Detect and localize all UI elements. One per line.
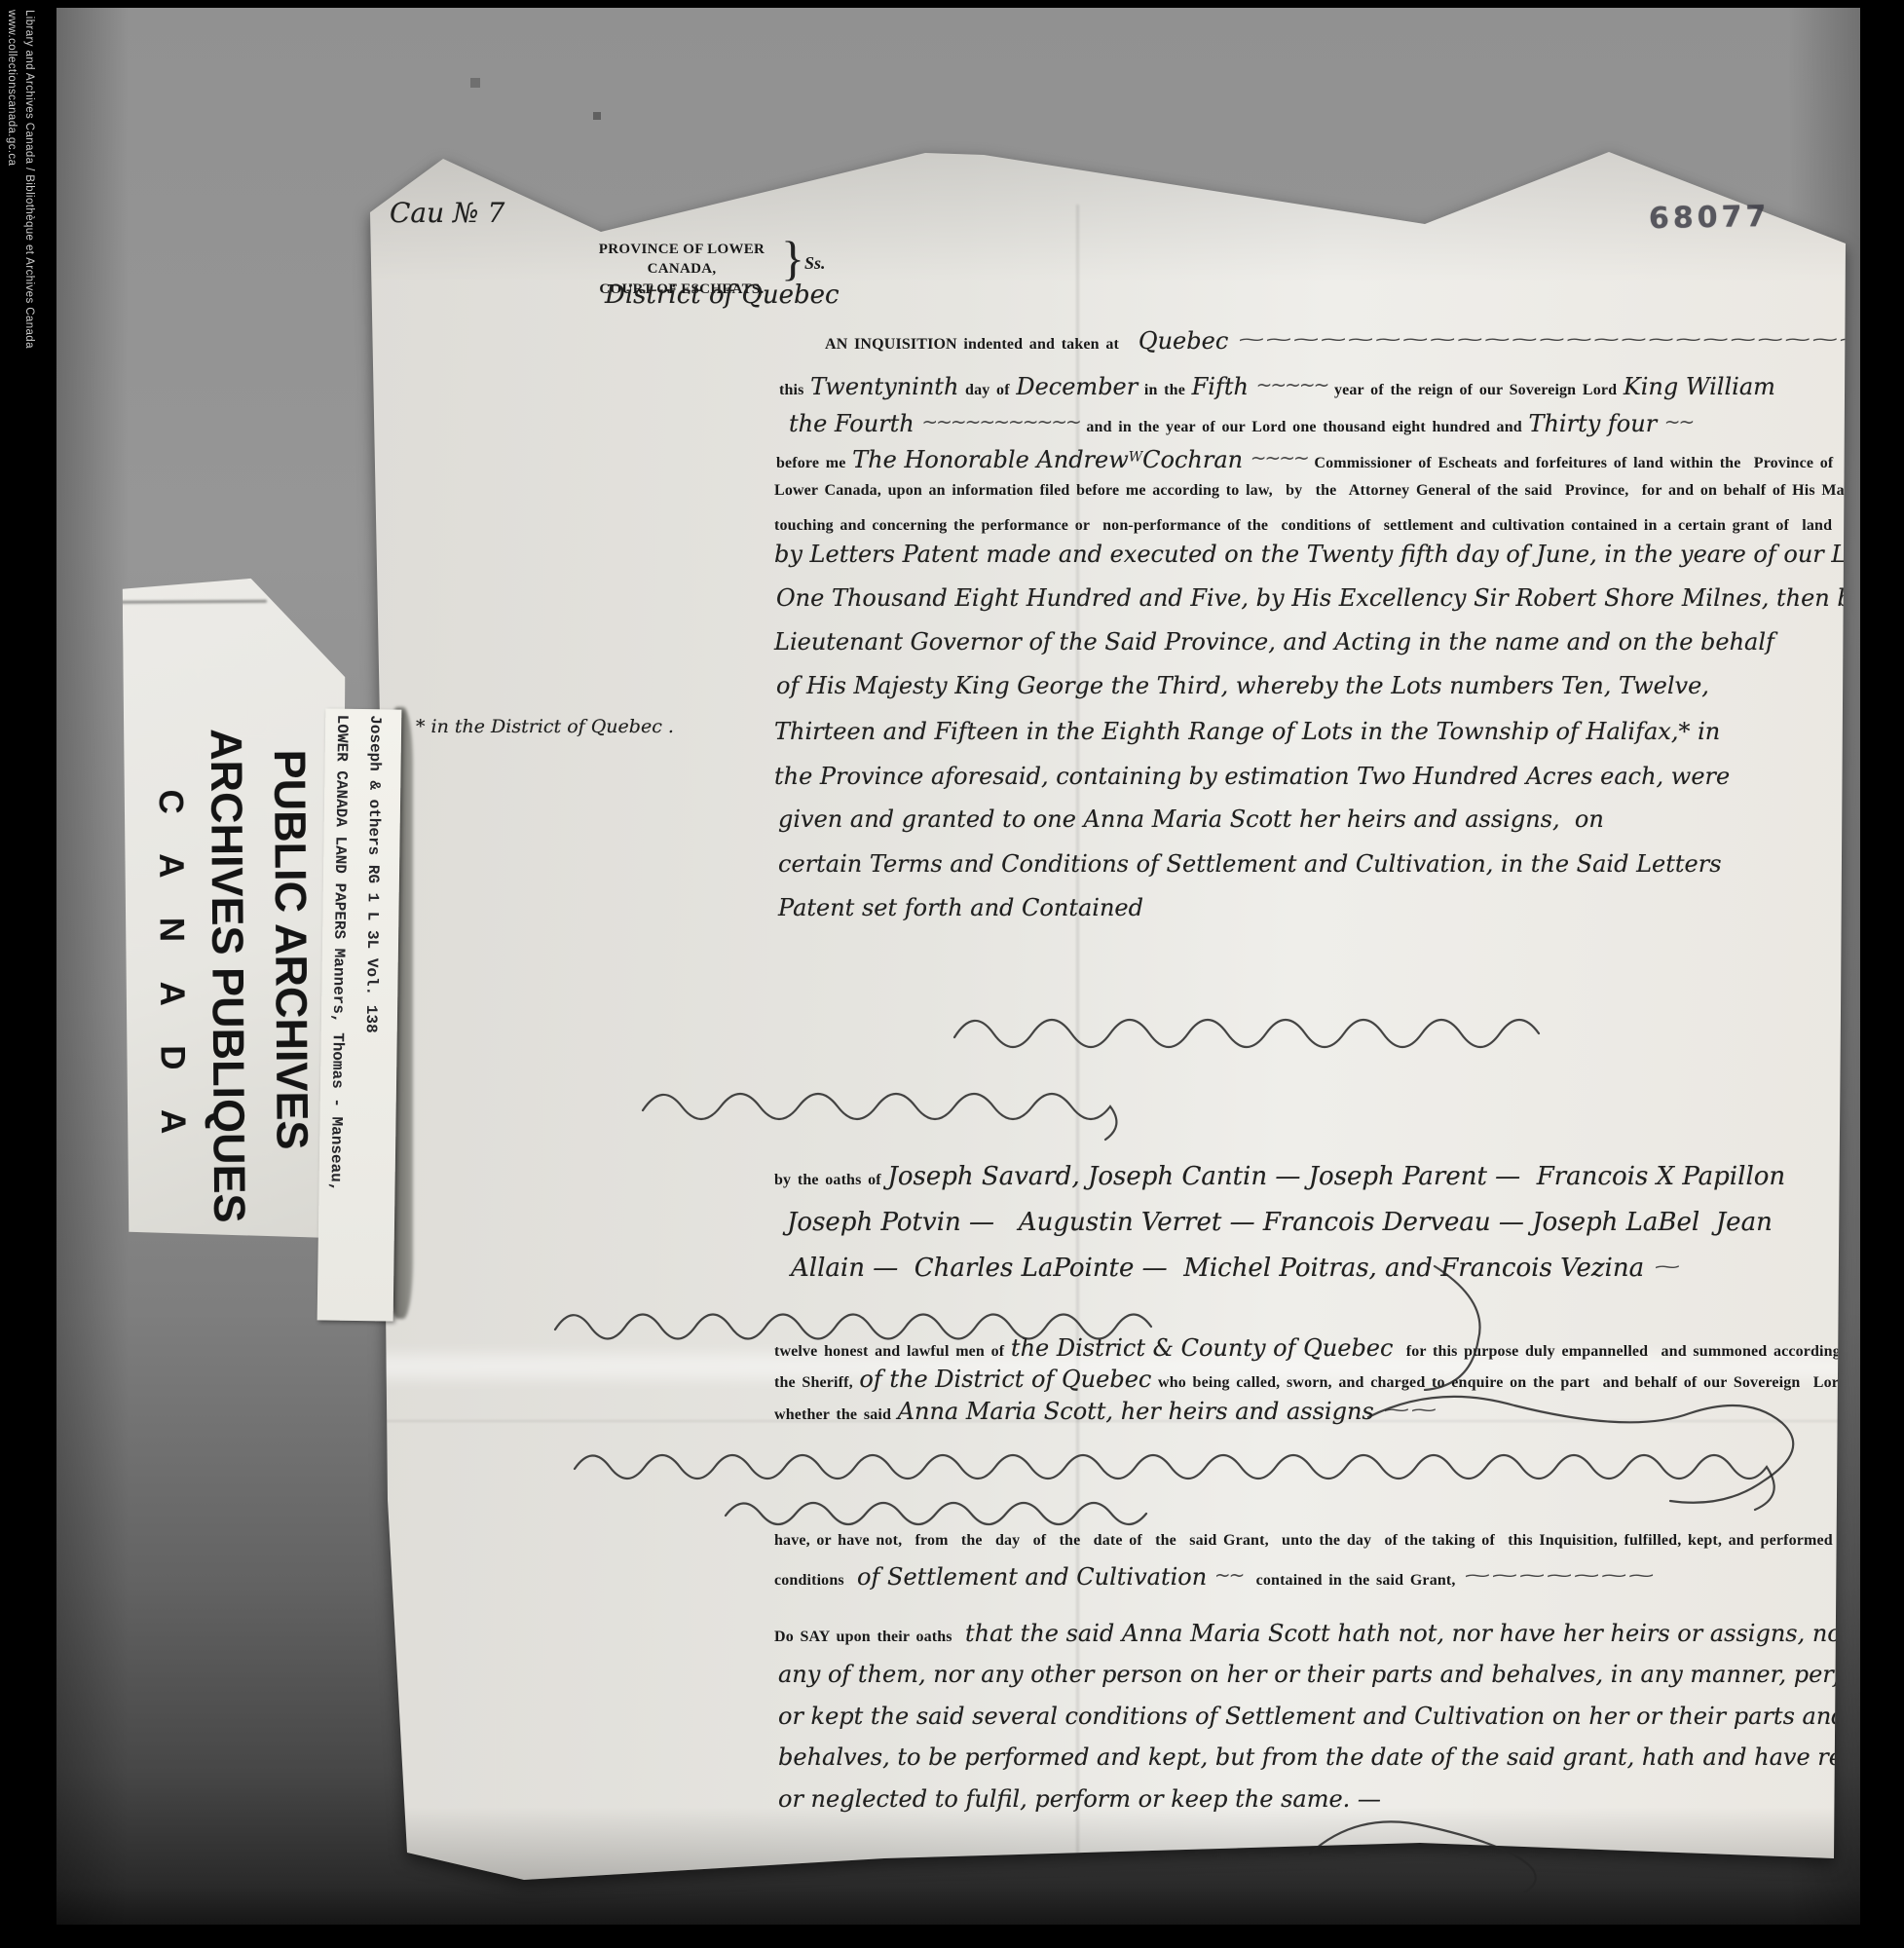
- handwritten-text: Cochran: [1142, 446, 1251, 473]
- accession-number-stamp: 68077: [1649, 200, 1771, 236]
- archive-url: www.collectionscanada.gc.ca: [2, 10, 19, 594]
- handwritten-text: Patent set forth and Contained: [778, 894, 1143, 921]
- handwritten-text: that the said Anna Maria Scott hath not,…: [965, 1620, 1852, 1647]
- printed-text: Do SAY upon their oaths: [774, 1629, 965, 1645]
- envelope-line-canada: C A N A D A: [145, 729, 198, 1255]
- handwritten-text: One Thousand Eight Hundred and Five, by …: [776, 584, 1903, 612]
- doc-line-0: Cau № 7: [390, 197, 504, 229]
- handwritten-text: King William: [1624, 373, 1775, 400]
- doc-line-27: any of them, nor any other person on her…: [778, 1661, 1904, 1688]
- doc-line-17: * in the District of Quebec .: [416, 716, 674, 737]
- handwritten-text: December: [1016, 373, 1138, 400]
- handwritten-text: any of them, nor any other person on her…: [778, 1661, 1904, 1688]
- doc-line-9: One Thousand Eight Hundred and Five, by …: [776, 584, 1903, 612]
- pen-squiggle: ~~~~~~~: [1462, 1565, 1653, 1585]
- handwritten-text: Anna Maria Scott, her heirs and assigns: [898, 1398, 1382, 1425]
- pen-squiggle: ~: [1652, 1256, 1679, 1276]
- handwritten-text: Thirty four: [1528, 410, 1663, 437]
- archive-envelope: PUBLIC ARCHIVES ARCHIVES PUBLIQUES C A N…: [115, 574, 354, 1248]
- handwritten-text: given and granted to one Anna Maria Scot…: [778, 805, 1604, 833]
- doc-line-12: Thirteen and Fifteen in the Eighth Range…: [774, 718, 1720, 745]
- pen-flourish: [1295, 1800, 1568, 1892]
- doc-line-25: conditions of Settlement and Cultivation…: [774, 1563, 1562, 1591]
- header-brace: }: [781, 230, 804, 286]
- pen-squiggle: ~~: [1214, 1563, 1244, 1587]
- doc-line-28: or kept the said several conditions of S…: [778, 1703, 1847, 1730]
- printed-text: by the oaths of: [774, 1172, 887, 1188]
- handwritten-text: District of Quebec: [605, 281, 840, 310]
- printed-text: touching and concerning the performance …: [774, 517, 1832, 534]
- doc-line-18: by the oaths of Joseph Savard, Joseph Ca…: [774, 1162, 1785, 1191]
- handwritten-text: of Settlement and Cultivation: [857, 1563, 1214, 1591]
- pen-squiggle: ~~~~: [1251, 446, 1308, 469]
- doc-line-11: of His Majesty King George the Third, wh…: [776, 672, 1709, 699]
- pen-squiggle: ~~: [1664, 410, 1694, 433]
- doc-line-14: given and granted to one Anna Maria Scot…: [778, 805, 1604, 833]
- printed-text: and in the year of our Lord one thousand…: [1080, 419, 1529, 435]
- handwritten-text: or kept the said several conditions of S…: [778, 1703, 1847, 1730]
- printed-text: contained in the said Grant,: [1243, 1572, 1462, 1589]
- handwritten-text: the Province aforesaid, containing by es…: [774, 763, 1730, 790]
- catalog-label-line2: Joseph & others RG 1 L 3L Vol. 138: [351, 715, 392, 1321]
- printed-text: in the: [1138, 382, 1191, 398]
- envelope-line-en: PUBLIC ARCHIVES: [257, 728, 324, 1254]
- doc-line-29: behalves, to be performed and kept, but …: [778, 1743, 1904, 1771]
- printed-text: before me: [776, 455, 852, 471]
- doc-line-23: whether the said Anna Maria Scott, her h…: [774, 1398, 1410, 1425]
- handwritten-text: Lieutenant Governor of the Said Province…: [774, 628, 1774, 656]
- pen-squiggle: ~~~~~: [1256, 373, 1328, 396]
- pen-flourish: [584, 993, 1617, 1159]
- handwritten-text: Fifth: [1192, 373, 1256, 400]
- doc-line-5: before me The Honorable AndrewWCochran ~…: [776, 446, 1833, 473]
- handwritten-text: Joseph Savard, Joseph Cantin — Joseph Pa…: [887, 1162, 1785, 1191]
- archive-credit-line: Library and Archives Canada / Bibliothèq…: [19, 10, 37, 594]
- doc-line-1: District of Quebec: [605, 281, 840, 310]
- printed-text: this: [779, 382, 810, 398]
- doc-line-13: the Province aforesaid, containing by es…: [774, 763, 1730, 790]
- pen-squiggle: ~~~~~~~~~~~~~~~~~~~~~~~~~~: [1236, 329, 1904, 349]
- doc-line-4: the Fourth ~~~~~~~~~~~ and in the year o…: [789, 410, 1693, 437]
- handwritten-text: of the District of Quebec: [859, 1366, 1151, 1393]
- printed-text: the Sheriff,: [774, 1374, 859, 1391]
- archive-photo-scan: Library and Archives Canada / Bibliothèq…: [0, 0, 1904, 1948]
- printed-text: conditions: [774, 1572, 857, 1589]
- handwritten-text: of His Majesty King George the Third, wh…: [776, 672, 1709, 699]
- archive-credit-bar: Library and Archives Canada / Bibliothèq…: [2, 10, 37, 594]
- printed-text: whether the said: [774, 1406, 898, 1423]
- pen-squiggle: ~~~~~~~~~~~: [921, 410, 1079, 433]
- catalog-label: LOWER CANADA LAND PAPERS Manners, Thomas…: [317, 708, 402, 1321]
- handwritten-text: Quebec: [1139, 327, 1236, 355]
- pen-flourish: [570, 1440, 1846, 1542]
- handwritten-text: behalves, to be performed and kept, but …: [778, 1743, 1904, 1771]
- pen-flourish: [1410, 1255, 1547, 1391]
- doc-line-10: Lieutenant Governor of the Said Province…: [774, 628, 1774, 656]
- photo-specks: [0, 0, 2, 2]
- doc-line-3: this Twentyninth day of December in the …: [779, 373, 1775, 400]
- printed-text: day of: [958, 382, 1016, 398]
- doc-line-19: Joseph Potvin — Augustin Verret — Franco…: [787, 1208, 1773, 1237]
- printed-text: AN INQUISITION indented and taken at: [825, 336, 1139, 353]
- doc-line-8: by Letters Patent made and executed on t…: [774, 541, 1887, 568]
- handwritten-text: * in the District of Quebec .: [416, 716, 674, 737]
- printed-text: Lower Canada, upon an information filed …: [774, 482, 1880, 499]
- doc-line-26: Do SAY upon their oaths that the said An…: [774, 1620, 1852, 1647]
- printed-text: Commissioner of Escheats and forfeitures…: [1308, 455, 1834, 471]
- envelope-text: PUBLIC ARCHIVES ARCHIVES PUBLIQUES C A N…: [145, 728, 324, 1255]
- doc-line-7: touching and concerning the performance …: [774, 517, 1832, 535]
- handwritten-text: Twentyninth: [810, 373, 958, 400]
- doc-line-16: Patent set forth and Contained: [778, 894, 1143, 921]
- pen-flourish: [545, 1300, 1188, 1349]
- header-ss: Ss.: [804, 253, 826, 274]
- handwritten-superscript: W: [1129, 450, 1142, 466]
- handwritten-text: The Honorable Andrew: [852, 446, 1129, 473]
- handwritten-text: by Letters Patent made and executed on t…: [774, 541, 1887, 568]
- envelope-line-fr: ARCHIVES PUBLIQUES: [194, 729, 261, 1255]
- doc-line-15: certain Terms and Conditions of Settleme…: [778, 850, 1722, 878]
- doc-line-6: Lower Canada, upon an information filed …: [774, 482, 1880, 500]
- header-line1: PROVINCE OF LOWER CANADA,: [584, 240, 779, 280]
- handwritten-text: certain Terms and Conditions of Settleme…: [778, 850, 1722, 878]
- handwritten-text: Joseph Potvin — Augustin Verret — Franco…: [787, 1208, 1773, 1237]
- handwritten-text: Thirteen and Fifteen in the Eighth Range…: [774, 718, 1720, 745]
- handwritten-text: Cau № 7: [390, 197, 504, 229]
- doc-line-2: AN INQUISITION indented and taken at Que…: [825, 327, 1610, 355]
- handwritten-text: the Fourth: [789, 410, 921, 437]
- printed-text: year of the reign of our Sovereign Lord: [1327, 382, 1623, 398]
